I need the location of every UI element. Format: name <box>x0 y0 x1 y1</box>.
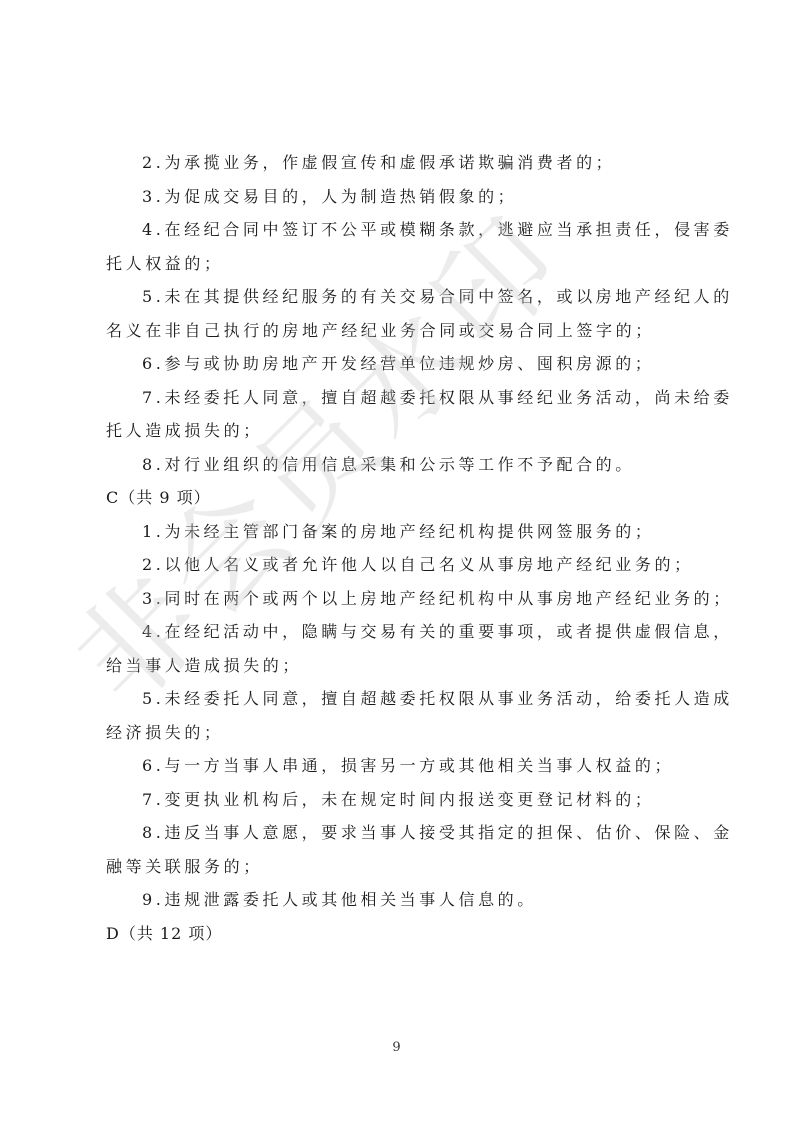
document-page: 2.为承揽业务，作虚假宣传和虚假承诺欺骗消费者的； 3.为促成交易目的，人为制造… <box>0 0 793 1122</box>
list-item: 6.参与或协助房地产开发经营单位违规炒房、囤积房源的； <box>106 347 696 381</box>
list-item-continuation: 给当事人造成损失的； <box>106 649 696 683</box>
list-item: 4.在经纪活动中，隐瞒与交易有关的重要事项，或者提供虚假信息， <box>106 615 696 649</box>
list-item: 5.未在其提供经纪服务的有关交易合同中签名，或以房地产经纪人的 <box>106 280 696 314</box>
list-item-continuation: 托人权益的； <box>106 247 696 281</box>
list-item-continuation: 名义在非自己执行的房地产经纪业务合同或交易合同上签字的； <box>106 314 696 348</box>
list-item: 3.同时在两个或两个以上房地产经纪机构中从事房地产经纪业务的； <box>106 582 696 616</box>
list-item: 6.与一方当事人串通，损害另一方或其他相关当事人权益的； <box>106 749 696 783</box>
list-item: 4.在经纪合同中签订不公平或模糊条款，逃避应当承担责任，侵害委 <box>106 213 696 247</box>
list-item: 2.以他人名义或者允许他人以自己名义从事房地产经纪业务的； <box>106 548 696 582</box>
document-body: 2.为承揽业务，作虚假宣传和虚假承诺欺骗消费者的； 3.为促成交易目的，人为制造… <box>106 146 696 950</box>
section-heading-c: C（共 9 项） <box>106 481 696 515</box>
list-item-continuation: 经济损失的； <box>106 716 696 750</box>
list-item: 5.未经委托人同意，擅自超越委托权限从事业务活动，给委托人造成 <box>106 682 696 716</box>
list-item: 3.为促成交易目的，人为制造热销假象的； <box>106 180 696 214</box>
list-item: 1.为未经主管部门备案的房地产经纪机构提供网签服务的； <box>106 515 696 549</box>
list-item: 9.违规泄露委托人或其他相关当事人信息的。 <box>106 883 696 917</box>
list-item-continuation: 融等关联服务的； <box>106 850 696 884</box>
list-item: 7.未经委托人同意，擅自超越委托权限从事经纪业务活动，尚未给委 <box>106 381 696 415</box>
list-item: 8.违反当事人意愿，要求当事人接受其指定的担保、估价、保险、金 <box>106 816 696 850</box>
list-item: 2.为承揽业务，作虚假宣传和虚假承诺欺骗消费者的； <box>106 146 696 180</box>
list-item-continuation: 托人造成损失的； <box>106 414 696 448</box>
list-item: 7.变更执业机构后，未在规定时间内报送变更登记材料的； <box>106 783 696 817</box>
section-heading-d: D（共 12 项） <box>106 917 696 951</box>
list-item: 8.对行业组织的信用信息采集和公示等工作不予配合的。 <box>106 448 696 482</box>
page-number: 9 <box>0 1040 793 1055</box>
